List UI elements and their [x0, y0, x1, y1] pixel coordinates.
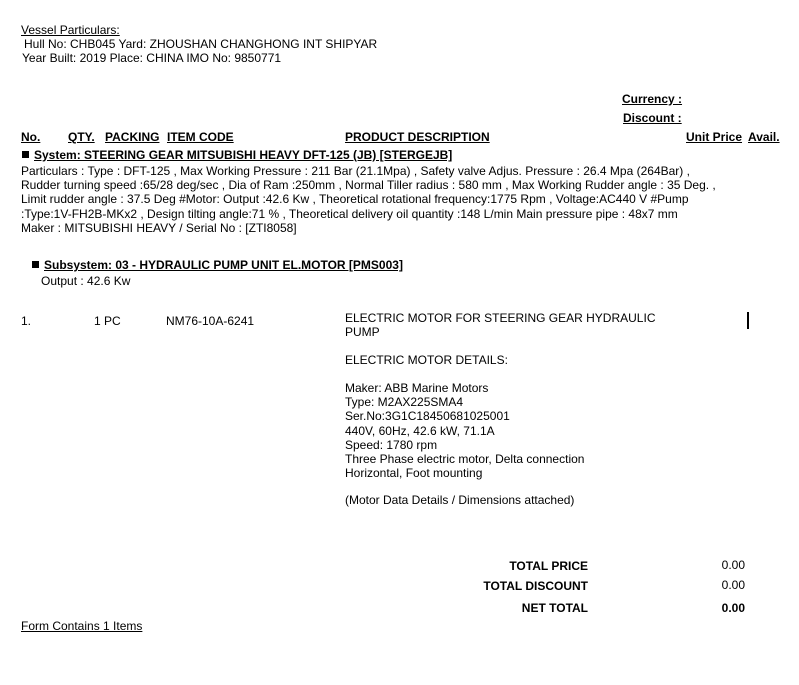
vessel-year-place-imo: Year Built: 2019 Place: CHINA IMO No: 98… [22, 51, 281, 65]
item-qty: 1 PC [94, 314, 121, 328]
currency-label: Currency : [622, 92, 682, 106]
detail-line: Horizontal, Foot mounting [345, 466, 584, 480]
total-price-label: TOTAL PRICE [440, 559, 588, 573]
detail-line: 440V, 60Hz, 42.6 kW, 71.1A [345, 424, 584, 438]
vessel-particulars-heading: Vessel Particulars: [21, 23, 120, 37]
detail-line: Maker: ABB Marine Motors [345, 381, 584, 395]
subsystem-note: Output : 42.6 Kw [41, 274, 130, 288]
system-title: System: STEERING GEAR MITSUBISHI HEAVY D… [34, 148, 452, 162]
total-discount-label: TOTAL DISCOUNT [440, 579, 588, 593]
text-cursor [747, 312, 749, 329]
system-heading: System: STEERING GEAR MITSUBISHI HEAVY D… [22, 148, 452, 162]
col-unit-price: Unit Price [686, 130, 742, 144]
item-details-heading: ELECTRIC MOTOR DETAILS: [345, 353, 508, 367]
net-total-value: 0.00 [690, 601, 745, 615]
item-no: 1. [21, 314, 31, 328]
subsystem-title: Subsystem: 03 - HYDRAULIC PUMP UNIT EL.M… [44, 258, 403, 272]
total-price-value: 0.00 [690, 558, 745, 572]
detail-line: Type: M2AX225SMA4 [345, 395, 584, 409]
particulars-line: Particulars : Type : DFT-125 , Max Worki… [21, 164, 716, 178]
particulars-line: Rudder turning speed :65/28 deg/sec , Di… [21, 178, 716, 192]
item-details: Maker: ABB Marine Motors Type: M2AX225SM… [345, 381, 584, 480]
system-particulars: Particulars : Type : DFT-125 , Max Worki… [21, 164, 716, 235]
item-code: NM76-10A-6241 [166, 314, 254, 328]
subsystem-heading: Subsystem: 03 - HYDRAULIC PUMP UNIT EL.M… [32, 258, 403, 272]
description-line: ELECTRIC MOTOR FOR STEERING GEAR HYDRAUL… [345, 311, 655, 325]
col-packing: PACKING [105, 130, 159, 144]
vessel-hull-yard: Hull No: CHB045 Yard: ZHOUSHAN CHANGHONG… [24, 37, 377, 51]
col-avail: Avail. [748, 130, 780, 144]
discount-label: Discount : [623, 111, 682, 125]
detail-line: Speed: 1780 rpm [345, 438, 584, 452]
item-description-title: ELECTRIC MOTOR FOR STEERING GEAR HYDRAUL… [345, 311, 655, 339]
item-attachment-note: (Motor Data Details / Dimensions attache… [345, 493, 574, 507]
col-no: No. [21, 130, 40, 144]
net-total-label: NET TOTAL [440, 601, 588, 615]
detail-line: Ser.No:3G1C18450681025001 [345, 409, 584, 423]
col-product-description: PRODUCT DESCRIPTION [345, 130, 490, 144]
col-qty: QTY. [68, 130, 95, 144]
item-count-footer: Form Contains 1 Items [21, 619, 142, 633]
description-line: PUMP [345, 325, 655, 339]
col-item-code: ITEM CODE [167, 130, 234, 144]
square-bullet-icon [32, 261, 39, 268]
total-discount-value: 0.00 [690, 578, 745, 592]
particulars-line: :Type:1V-FH2B-MKx2 , Design tilting angl… [21, 207, 716, 221]
particulars-line: Limit rudder angle : 37.5 Deg #Motor: Ou… [21, 192, 716, 206]
particulars-line: Maker : MITSUBISHI HEAVY / Serial No : [… [21, 221, 716, 235]
square-bullet-icon [22, 151, 29, 158]
detail-line: Three Phase electric motor, Delta connec… [345, 452, 584, 466]
